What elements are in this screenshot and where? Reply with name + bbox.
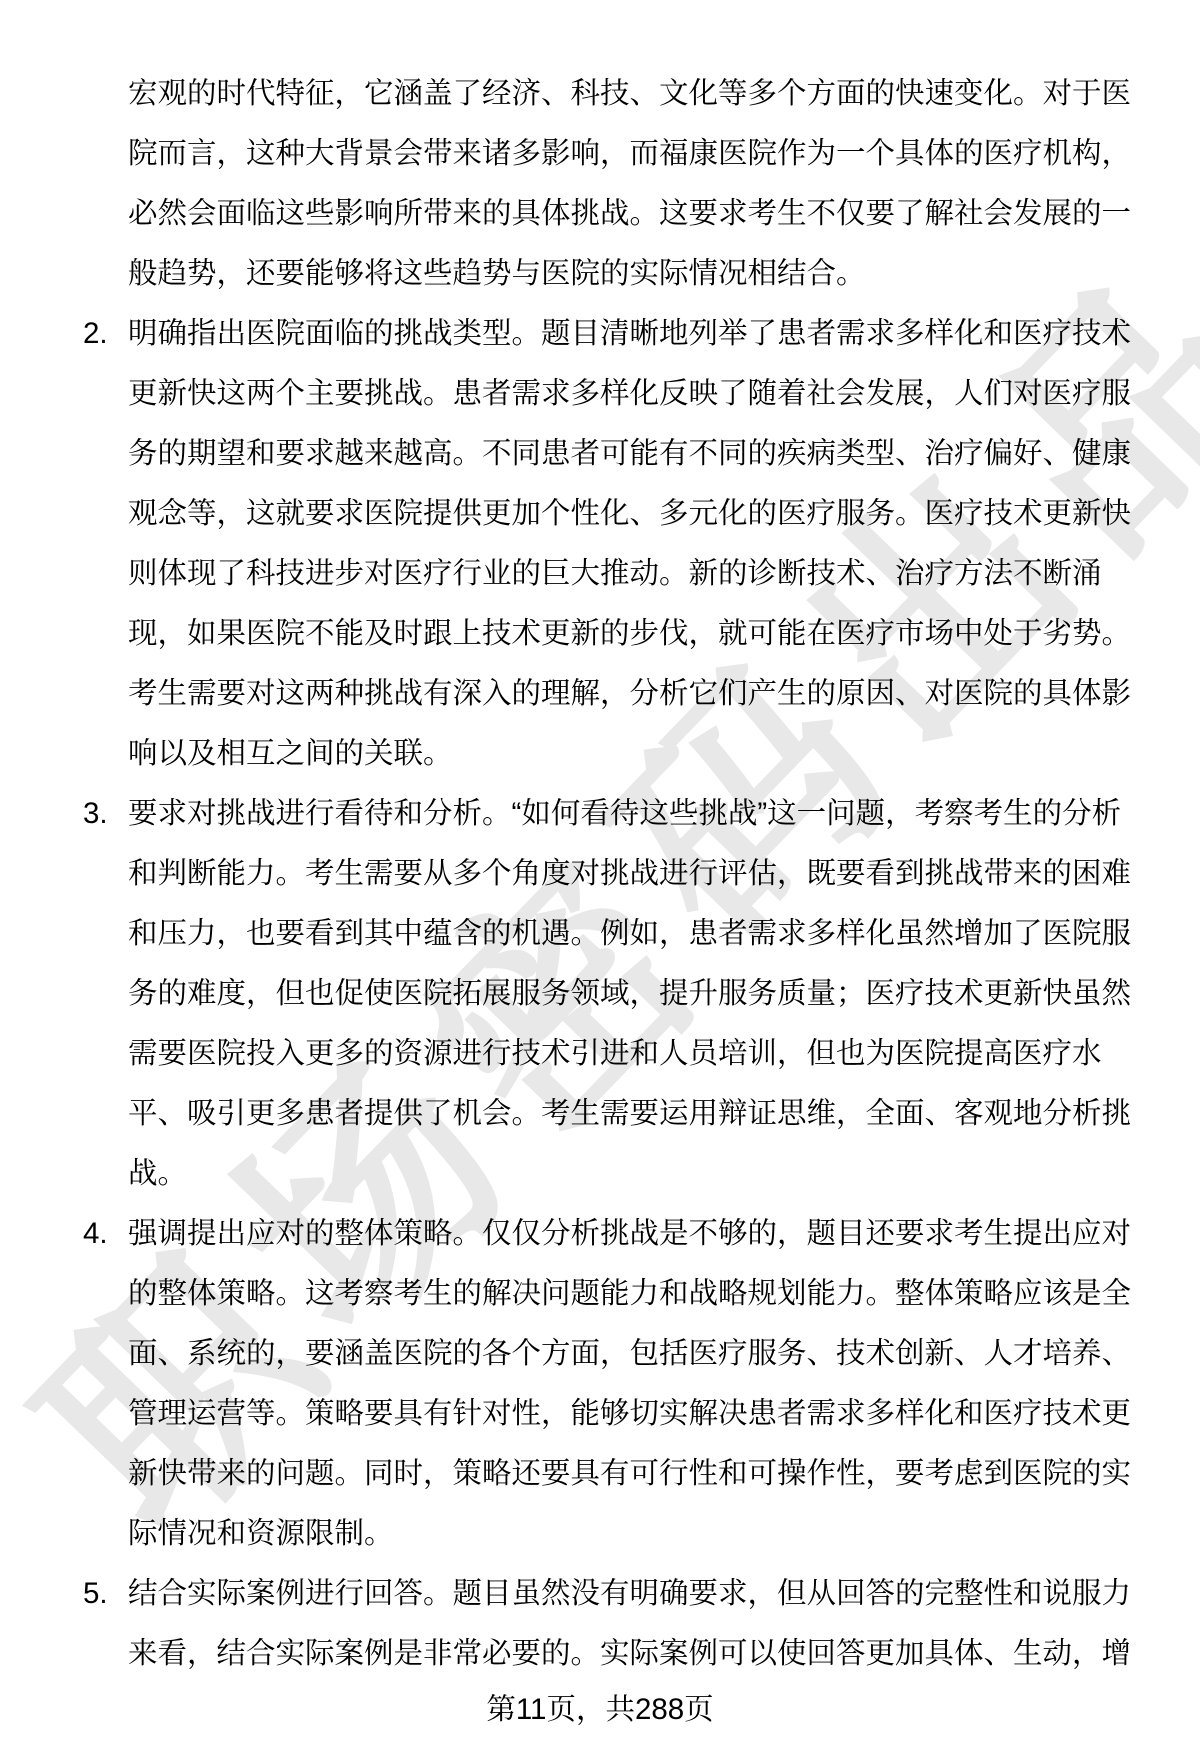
list-item: 5. 结合实际案例进行回答。题目虽然没有明确要求，但从回答的完整性和说服力来看，… (128, 1564, 1136, 1684)
item-number: 3. (83, 784, 125, 844)
list-item: 3. 要求对挑战进行看待和分析。“如何看待这些挑战”这一问题，考察考生的分析和判… (128, 784, 1136, 1204)
item-number: 2. (83, 304, 125, 364)
continuation-paragraph: 宏观的时代特征，它涵盖了经济、科技、文化等多个方面的快速变化。对于医院而言，这种… (128, 64, 1136, 304)
list-item: 2. 明确指出医院面临的挑战类型。题目清晰地列举了患者需求多样化和医疗技术更新快… (128, 304, 1136, 784)
document-page: 职场密码出品 宏观的时代特征，它涵盖了经济、科技、文化等多个方面的快速变化。对于… (0, 0, 1200, 1755)
item-number: 5. (83, 1564, 125, 1624)
item-text: 结合实际案例进行回答。题目虽然没有明确要求，但从回答的完整性和说服力来看，结合实… (128, 1577, 1131, 1670)
page-footer: 第11页，共288页 (0, 1680, 1200, 1740)
list-item: 4. 强调提出应对的整体策略。仅仅分析挑战是不够的，题目还要求考生提出应对的整体… (128, 1204, 1136, 1564)
item-number: 4. (83, 1204, 125, 1264)
page-content: 宏观的时代特征，它涵盖了经济、科技、文化等多个方面的快速变化。对于医院而言，这种… (128, 64, 1136, 1684)
item-text: 要求对挑战进行看待和分析。“如何看待这些挑战”这一问题，考察考生的分析和判断能力… (128, 797, 1131, 1190)
item-text: 明确指出医院面临的挑战类型。题目清晰地列举了患者需求多样化和医疗技术更新快这两个… (128, 317, 1131, 770)
item-text: 强调提出应对的整体策略。仅仅分析挑战是不够的，题目还要求考生提出应对的整体策略。… (128, 1217, 1131, 1550)
